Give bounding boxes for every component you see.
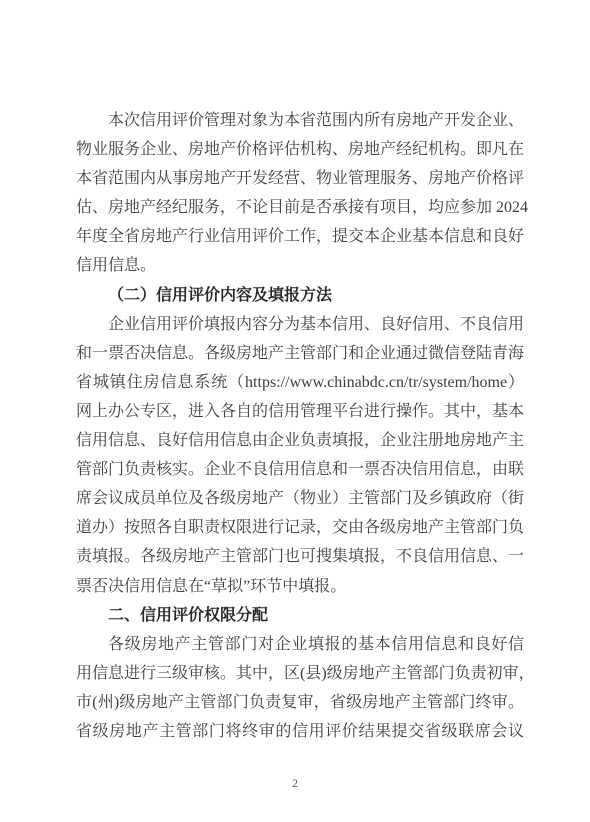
text-line: 本省范围内从事房地产开发经营、物业管理服务、房地产价格评	[76, 164, 524, 193]
text-line: 企业信用评价填报内容分为基本信用、良好信用、不良信用	[76, 310, 524, 339]
document-body: 本次信用评价管理对象为本省范围内所有房地产开发企业、 物业服务企业、房地产价格评…	[76, 106, 524, 746]
text-line: 和一票否决信息。各级房地产主管部门和企业通过微信登陆青海	[76, 339, 524, 368]
text-line: 责填报。各级房地产主管部门也可搜集填报，不良信用信息、一	[76, 542, 524, 571]
section-heading: （二）信用评价内容及填报方法	[76, 281, 524, 310]
text-line: 道办）按照各自职责权限进行记录，交由各级房地产主管部门负	[76, 513, 524, 542]
text-line-url: 省城镇住房信息系统（https://www.chinabdc.cn/tr/sys…	[76, 368, 524, 397]
text-line: 信用信息、良好信用信息由企业负责填报，企业注册地房地产主	[76, 426, 524, 455]
document-page: 本次信用评价管理对象为本省范围内所有房地产开发企业、 物业服务企业、房地产价格评…	[0, 0, 590, 822]
text-line: 市(州)级房地产主管部门负责复审，省级房地产主管部门终审。	[76, 688, 524, 717]
text-line: 各级房地产主管部门对企业填报的基本信用信息和良好信	[76, 630, 524, 659]
text-line: 物业服务企业、房地产价格评估机构、房地产经纪机构。即凡在	[76, 135, 524, 164]
text-line: 年度全省房地产行业信用评价工作，提交本企业基本信息和良好	[76, 222, 524, 251]
text-line: 管部门负责核实。企业不良信用信息和一票否决信用信息，由联	[76, 455, 524, 484]
text-line: 票否决信用信息在“草拟”环节中填报。	[76, 572, 524, 601]
text-line: 网上办公专区，进入各自的信用管理平台进行操作。其中，基本	[76, 397, 524, 426]
text-line: 本次信用评价管理对象为本省范围内所有房地产开发企业、	[76, 106, 524, 135]
page-number: 2	[0, 776, 590, 791]
text-line: 信用信息。	[76, 251, 524, 280]
section-heading: 二、信用评价权限分配	[76, 601, 524, 630]
text-line: 用信息进行三级审核。其中，区(县)级房地产主管部门负责初审，	[76, 659, 524, 688]
text-line: 估、房地产经纪服务，不论目前是否承接有项目，均应参加 2024	[76, 193, 524, 222]
text-line: 省级房地产主管部门将终审的信用评价结果提交省级联席会议	[76, 717, 524, 746]
text-line: 席会议成员单位及各级房地产（物业）主管部门及乡镇政府（街	[76, 484, 524, 513]
